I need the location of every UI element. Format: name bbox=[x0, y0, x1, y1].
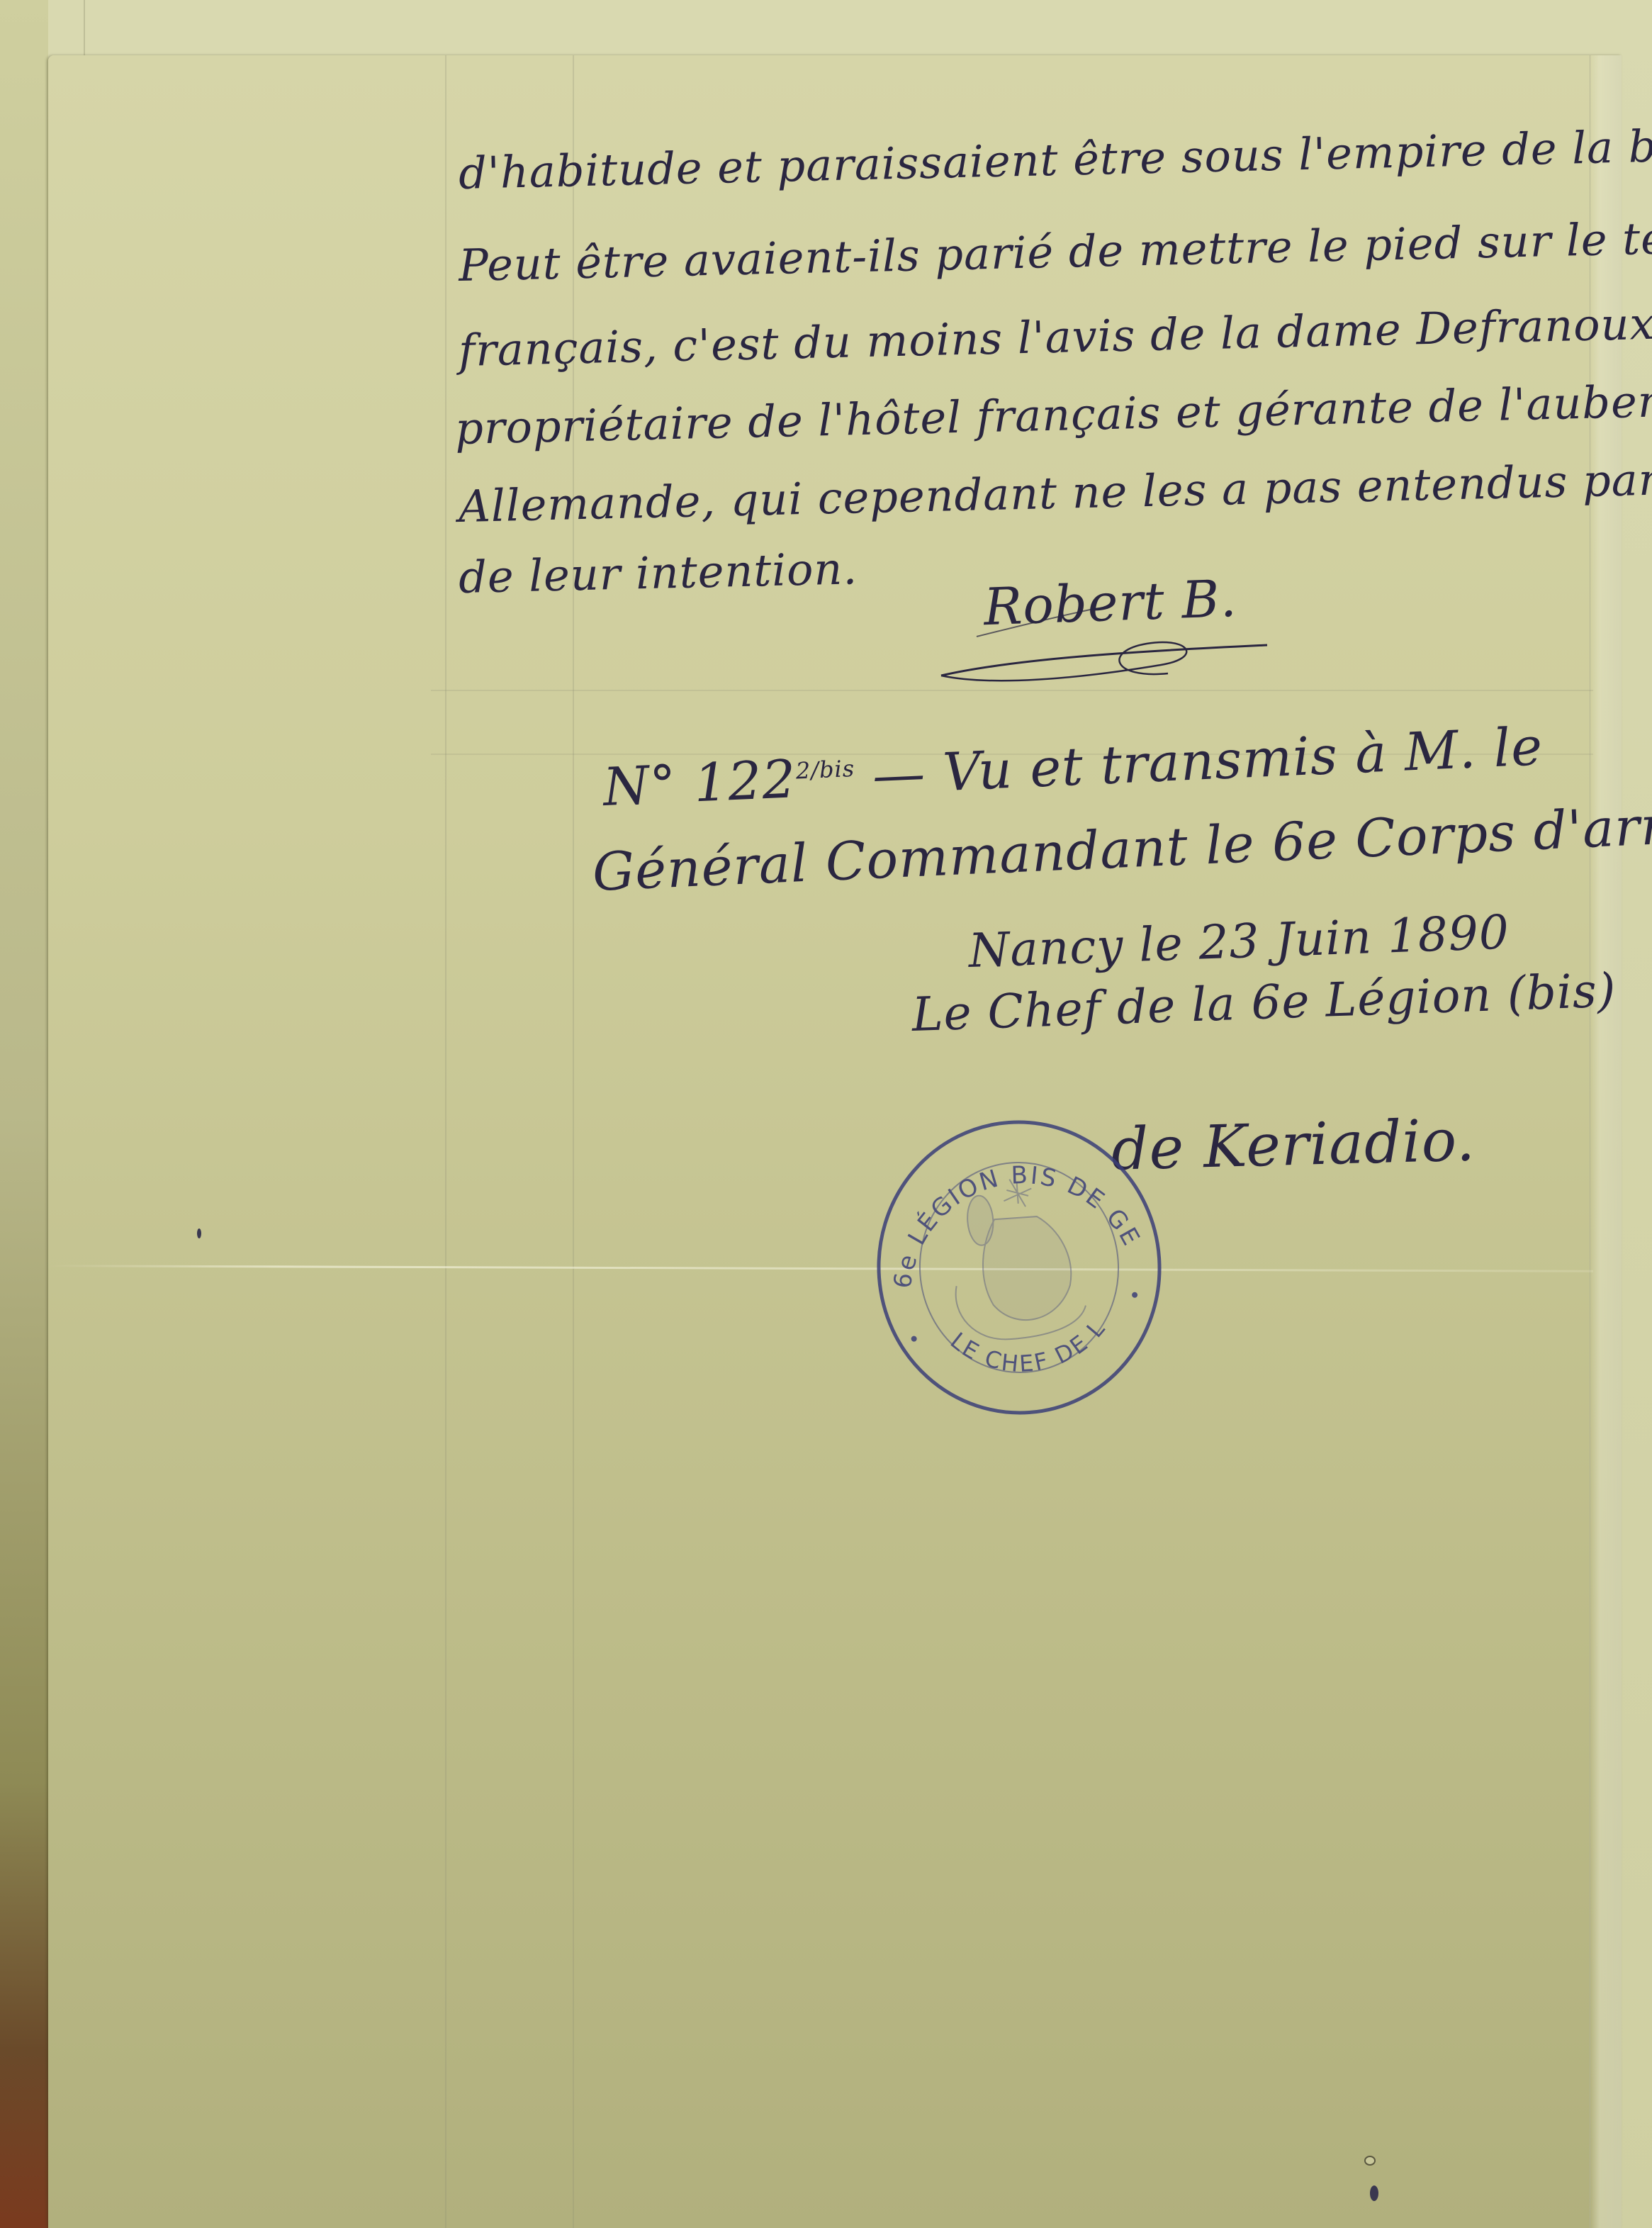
reference-number: N° 122 bbox=[602, 749, 797, 818]
report-line: Peut être avaient-ils parié de mettre le… bbox=[458, 208, 1652, 291]
report-line: français, c'est du moins l'avis de la da… bbox=[458, 298, 1652, 376]
paper-hole bbox=[1370, 2185, 1378, 2201]
document-page: d'habitude et paraissaient être sous l'e… bbox=[48, 55, 1622, 2228]
reference-suffix: 2/bis bbox=[795, 755, 855, 785]
margin-line-inner bbox=[573, 55, 574, 2228]
binding-edge bbox=[0, 0, 48, 2228]
endorsement-general: Général bbox=[591, 833, 809, 903]
signature-flourish-icon bbox=[934, 608, 1303, 693]
paper-fold-crease bbox=[48, 1265, 1593, 1272]
background-ruled-line bbox=[84, 0, 85, 64]
place-date: Nancy le 23 Juin 1890 bbox=[967, 905, 1510, 978]
margin-line-left bbox=[445, 55, 446, 2228]
paper-hole bbox=[1364, 2156, 1376, 2166]
gendarmerie-stamp-icon: 6e LÉGION BIS DE GENDARMERIE LE CHEF DE … bbox=[860, 1109, 1178, 1426]
report-line: Allemande, qui cependant ne les a pas en… bbox=[458, 452, 1652, 532]
report-line: d'habitude et paraissaient être sous l'e… bbox=[458, 117, 1652, 199]
endorsement-line-2: Commandant le 6e Corps d'armée bbox=[824, 792, 1652, 893]
report-line: propriétaire de l'hôtel français et géra… bbox=[454, 374, 1652, 454]
report-line: de leur intention. bbox=[458, 542, 858, 603]
endorser-signature: de Keriadio. bbox=[1111, 1107, 1476, 1183]
ink-spot bbox=[197, 1228, 201, 1238]
endorsement-line-1: — Vu et transmis à M. le bbox=[871, 716, 1544, 806]
